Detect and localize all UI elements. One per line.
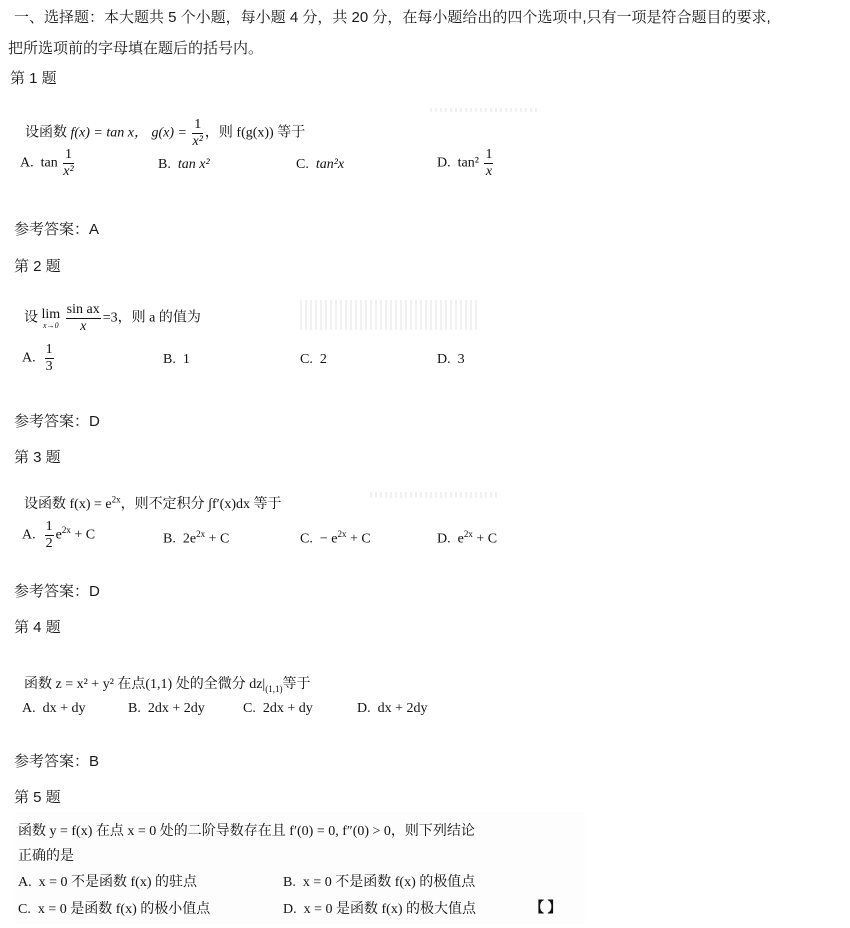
- question-2-option-c: C. 2: [300, 352, 327, 368]
- question-3-option-a: A. 12e2x + C: [22, 520, 95, 551]
- question-5-option-b: B. x = 0 不是函数 f(x) 的极值点: [283, 871, 475, 891]
- question-5-option-d: D. x = 0 是函数 f(x) 的极大值点: [283, 898, 476, 918]
- question-3-option-d: D. e2x + C: [437, 529, 497, 548]
- question-5-title: 第 5 题: [14, 786, 61, 807]
- question-2-stem: 设 limx→0 sin axx=3，则 a 的值为: [24, 303, 201, 334]
- scan-noise: [370, 492, 500, 498]
- instructions-line-2: 把所选项前的字母填在题后的括号内。: [8, 37, 263, 58]
- question-5-stem-line-1: 函数 y = f(x) 在点 x = 0 处的二阶导数存在且 f′(0) = 0…: [18, 820, 475, 840]
- question-3-option-b: B. 2e2x + C: [163, 529, 229, 548]
- scan-noise: [430, 108, 540, 112]
- question-2-answer: 参考答案：D: [14, 410, 100, 431]
- question-3-stem: 设函数 f(x) = e2x，则不定积分 ∫f′(x)dx 等于: [24, 493, 282, 513]
- instructions-line-1: 一、选择题：本大题共 5 个小题，每小题 4 分，共 20 分，在每小题给出的四…: [14, 6, 771, 27]
- question-4-option-a: A. dx + dy: [22, 701, 86, 717]
- answer-bracket: 【 】: [530, 897, 562, 917]
- question-2-title: 第 2 题: [14, 255, 61, 276]
- question-5-option-a: A. x = 0 不是函数 f(x) 的驻点: [18, 871, 197, 891]
- scan-noise: [300, 300, 480, 330]
- question-3-title: 第 3 题: [14, 446, 61, 467]
- question-4-answer: 参考答案：B: [14, 750, 99, 771]
- question-2-option-d: D. 3: [437, 352, 465, 368]
- question-1-title: 第 1 题: [10, 67, 57, 88]
- question-4-stem: 函数 z = x² + y² 在点(1,1) 处的全微分 dz|(1,1)等于: [24, 673, 311, 694]
- question-1-option-d: D. tan² 1x: [437, 148, 495, 179]
- question-5-stem-line-2: 正确的是: [18, 845, 74, 865]
- question-1-option-a: A. tan 1x²: [20, 148, 76, 179]
- question-5-option-c: C. x = 0 是函数 f(x) 的极小值点: [18, 898, 210, 918]
- question-2-option-b: B. 1: [163, 352, 190, 368]
- question-1-option-b: B. tan x²: [158, 157, 210, 173]
- question-4-title: 第 4 题: [14, 616, 61, 637]
- question-1-answer: 参考答案：A: [14, 218, 99, 239]
- question-3-answer: 参考答案：D: [14, 580, 100, 601]
- fraction: 1x²: [192, 118, 202, 149]
- question-1-stem: 设函数 f(x) = tan x， g(x) = 1x²，则 f(g(x)) 等…: [25, 118, 305, 149]
- question-4-option-c: C. 2dx + dy: [243, 701, 313, 717]
- question-4-option-b: B. 2dx + 2dy: [128, 701, 205, 717]
- question-2-option-a: A. 13: [22, 343, 56, 374]
- question-3-option-c: C. − e2x + C: [300, 529, 371, 548]
- question-1-option-c: C. tan²x: [296, 157, 344, 173]
- question-4-option-d: D. dx + 2dy: [357, 701, 428, 717]
